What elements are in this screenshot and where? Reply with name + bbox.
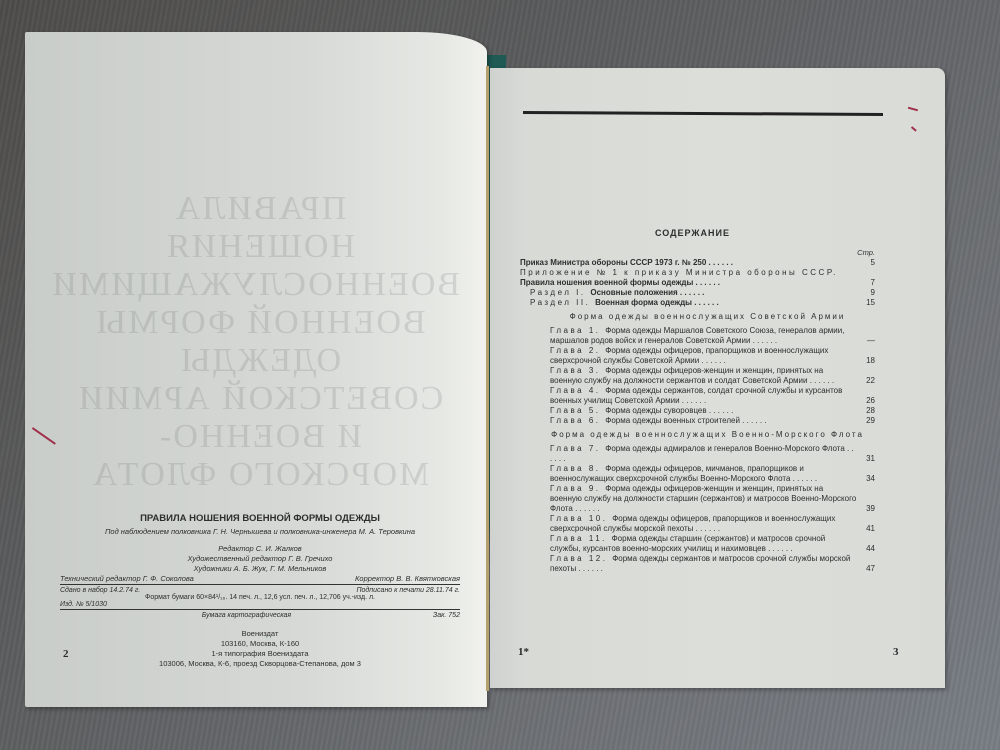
toc-page-number: 5 [857, 258, 875, 268]
publisher: Воениздат [60, 629, 460, 639]
toc-entry: Глава 3. Форма одежды офицеров-женщин и … [520, 366, 865, 386]
toc-entry: Глава 7. Форма одежды адмиралов и генера… [520, 444, 865, 464]
toc-entry: Глава 8. Форма одежды офицеров, мичманов… [520, 464, 865, 484]
toc-entry: Глава 6. Форма одежды военных строителей… [520, 416, 865, 426]
signature-mark: 1* [518, 646, 529, 658]
editor-line: Редактор С. И. Жалков [60, 544, 460, 554]
supervision-line: Под наблюдением полковника Г. Н. Черныше… [60, 527, 460, 536]
toc-page-number: 7 [857, 278, 875, 288]
toc-page-number: 9 [857, 288, 875, 298]
toc-entry: Глава 1. Форма одежды Маршалов Советског… [520, 326, 865, 346]
toc-page-number: 34 [857, 474, 875, 484]
signed-date: Подписано к печати 28.11.74 г. [356, 587, 460, 594]
toc-page-number: 47 [857, 564, 875, 574]
toc-entry: Глава 11. Форма одежды старшин (сержанто… [520, 534, 865, 554]
toc-page-number: — [857, 336, 875, 346]
order-number: Зак. 752 [433, 612, 460, 619]
left-page-number: 2 [63, 648, 69, 660]
toc-heading: СОДЕРЖАНИЕ [520, 228, 865, 238]
toc-page-number: 18 [857, 356, 875, 366]
divider [60, 584, 460, 585]
toc-page-number: 26 [857, 396, 875, 406]
corrector-line: Корректор В. В. Квятковская [355, 574, 460, 583]
divider [60, 609, 460, 610]
show-through-text: ПРАВИЛАНОШЕНИЯВОЕННОСЛУЖАЩИМИВОЕННОЙ ФОР… [60, 190, 460, 494]
tech-editor-line: Технический редактор Г. Ф. Соколова [60, 574, 194, 583]
right-page-number: 3 [893, 646, 899, 658]
toc-entry: Глава 2. Форма одежды офицеров, прапорщи… [520, 346, 865, 366]
toc-page-number: 44 [857, 544, 875, 554]
toc-group-navy: Форма одежды военнослужащих Военно-Морск… [520, 430, 865, 440]
paper-line: Бумага картографическая [202, 612, 291, 619]
toc-page-number: 15 [857, 298, 875, 308]
toc-page-number: 28 [857, 406, 875, 416]
printer-address: 103006, Москва, К-6, проезд Скворцова-Ст… [60, 659, 460, 669]
table-of-contents: СОДЕРЖАНИЕ Стр. Приказ Министра обороны … [520, 228, 865, 574]
toc-page-number: 31 [857, 454, 875, 464]
art-editor-line: Художественный редактор Г. В. Гречихо [60, 554, 460, 564]
binding-thread [486, 66, 489, 691]
toc-entry: Приказ Министра обороны СССР 1973 г. № 2… [520, 258, 865, 268]
toc-entry: Глава 5. Форма одежды суворовцев . . . .… [520, 406, 865, 416]
toc-page-number: 41 [857, 524, 875, 534]
toc-entry: Глава 10. Форма одежды офицеров, прапорщ… [520, 514, 865, 534]
toc-entry: Глава 9. Форма одежды офицеров-женщин и … [520, 484, 865, 514]
toc-page-number: 39 [857, 504, 875, 514]
toc-entry: Глава 4. Форма одежды сержантов, солдат … [520, 386, 865, 406]
toc-page-number: 22 [857, 376, 875, 386]
toc-entry: Глава 12. Форма одежды сержантов и матро… [520, 554, 865, 574]
toc-entry: Раздел II. Военная форма одежды . . . . … [520, 298, 865, 308]
toc-page-number: 29 [857, 416, 875, 426]
format-line: Формат бумаги 60×84¹/₁₆. 14 печ. л., 12,… [60, 594, 460, 601]
toc-entry: Раздел I. Основные положения . . . . . .… [520, 288, 865, 298]
toc-group-army: Форма одежды военнослужащих Советской Ар… [520, 312, 865, 322]
printer: 1-я типография Воениздата [60, 649, 460, 659]
artists-line: Художники А. Б. Жук, Г. М. Мельников [60, 564, 460, 574]
toc-entry: Приложение № 1 к приказу Министра оборон… [520, 268, 865, 288]
page-column-label: Стр. [520, 248, 875, 258]
colophon: ПРАВИЛА НОШЕНИЯ ВОЕННОЙ ФОРМЫ ОДЕЖДЫ Под… [60, 513, 460, 669]
publisher-address: 103160, Москва, К-160 [60, 639, 460, 649]
izd-number: Изд. № 5/1030 [60, 601, 107, 608]
typeset-date: Сдано в набор 14.2.74 г. [60, 587, 140, 594]
book-title: ПРАВИЛА НОШЕНИЯ ВОЕННОЙ ФОРМЫ ОДЕЖДЫ [60, 513, 460, 524]
